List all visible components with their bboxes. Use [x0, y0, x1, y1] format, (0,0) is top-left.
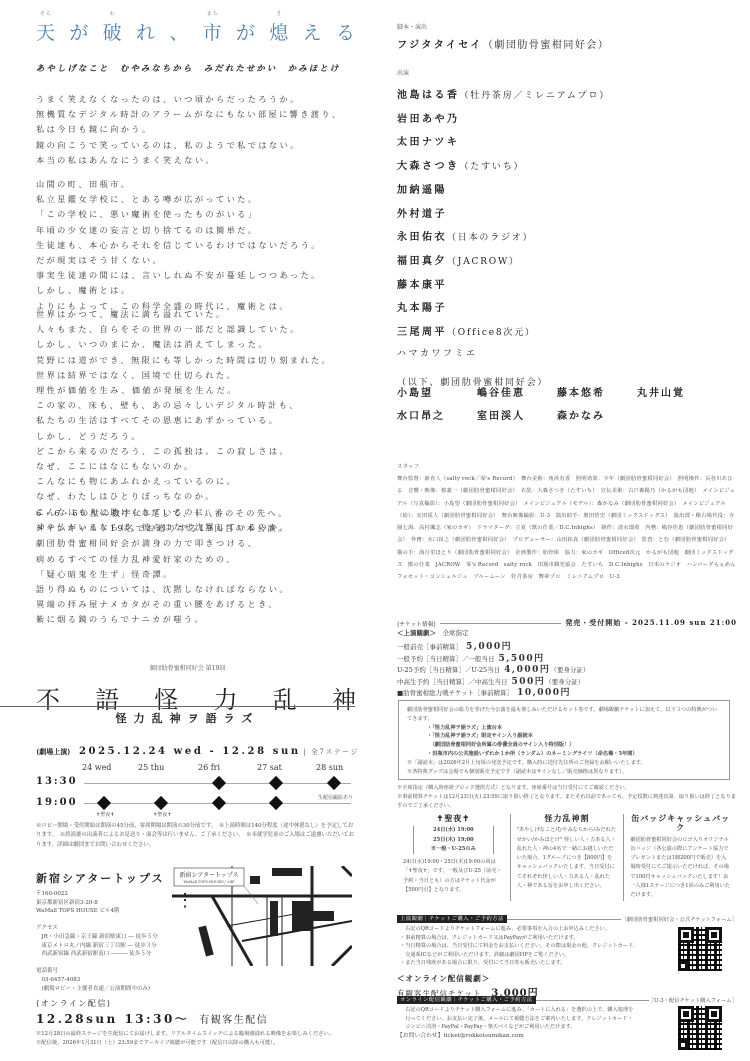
staff-label: スタッフ [397, 462, 419, 470]
schedule-notes: ※ロビー開場・受付開始は開演の45分前、客席開場は開演の30分前です。 ※上演時… [36, 822, 356, 850]
synopsis-line: 私たちの生活はすべてその恩恵にあずかっている。 [36, 413, 332, 428]
cast-member: 外村道子 [397, 205, 447, 220]
synopsis-line: 私立星鑑女学校に、とある噂が広がっていた。 [36, 192, 322, 207]
performance-marker-seiya [97, 796, 111, 810]
performance-marker-seiya [154, 796, 168, 810]
cast-affiliation: （JACROW） [447, 257, 520, 267]
title-char: れ [136, 18, 156, 45]
promo-box-line: ※一般・U-25のみ [414, 845, 493, 854]
promo-box: 24日(水) 19:0025日(木) 19:00※一般・U-25のみ [413, 826, 494, 854]
synopsis-line: 語り得ぬものについては、沈黙しなければならない。 [36, 582, 290, 597]
synopsis-line: なぜ、わたしはひとりぼっちなのか。 [36, 489, 332, 504]
online-tag: ⟨オンライン配信⟩ [36, 998, 112, 1009]
ticket-note: ※全席指定（購入時座席ブロック選択方式）となります。座席番号は当日受付にてご確認… [397, 784, 737, 793]
group-member: 嶋谷佳恵 [477, 384, 557, 399]
logo-subtitle: 怪力乱神ヲ語ラズ [0, 710, 375, 726]
day-label: 27 sat [257, 763, 282, 772]
ticket-row: ■肋骨蜜柑総力戦チケット［事前精算］10,000円 [397, 685, 571, 698]
cast-label: 出演 [397, 68, 409, 77]
online-purchase-info: 右記のQRコードよりチケット購入フォームに進み、「カートに入れる」を選択の上で、… [400, 1006, 685, 1032]
title-char: え [303, 18, 323, 45]
synopsis-line: 病めるすべての怪力乱神愛好家のための、 [36, 552, 290, 567]
info-line: 右記のQRコードよりチケットフォームに進み、必要事項を入力の上お申込みください。 [400, 925, 685, 934]
synopsis-line: 生徒達も、本心からそれを信じているわけではないだろう。 [36, 238, 322, 253]
title-char: 市まち [203, 18, 223, 45]
director-label: 脚本・演出 [397, 22, 427, 31]
promo-title: 怪力乱神割 [517, 814, 618, 823]
info-line: ・当日精算の場合は、当日受付にて料金をお支払いください。その際は現金の他、クレジ… [400, 942, 685, 951]
theater-purchase-info: 右記のQRコードよりチケットフォームに進み、必要事項を入力の上お申込みください。… [400, 925, 685, 968]
day-label: 24 wed [82, 763, 111, 772]
synopsis-line: 6・6・6の獣の数字に1足して、十八番のその先へ。 [36, 506, 290, 521]
cast-name: 太田ナツキ [397, 137, 459, 148]
promo: 缶バッジキャッシュバック劇団肋骨蜜柑同好会のロゴ入りオリジナル缶バッジ（各公演の… [623, 814, 737, 901]
svg-text:新宿シアタートップス: 新宿シアタートップス [179, 871, 238, 879]
promo-text: "あやしげなこと/むやみなちから/みだれたせかい/かみほとけ" 怪しい人・力ある… [517, 826, 618, 891]
venue-line: (劇場ロビー・主催者直通／公演期間中のみ) [36, 985, 176, 994]
synopsis-line: この家の、床も、壁も、あの忌々しいデジタル時計も、 [36, 398, 332, 413]
cast-name: 外村道子 [397, 209, 447, 220]
title-char: る [336, 18, 356, 45]
synopsis-p4: 6・6・6の獣の数字に1足して、十八番のその先へ。メインキャスト19名でお贈りす… [36, 506, 290, 628]
performance-marker [269, 776, 283, 790]
info-line: 行ってください。お支払い完了後、メールにて視聴方法をご案内いたします。クレジット… [400, 1015, 685, 1024]
promo-box-line: 25日(木) 19:00 [414, 836, 493, 845]
synopsis-line: うまく笑えなくなったのは、いつ頃からだったろうか。 [36, 92, 343, 107]
ticket-note: ※事前精算チケットは12月23日(火) 23:59に取り扱い終了となります。また… [397, 793, 737, 811]
group-member: 森かなみ [557, 407, 637, 422]
promo: ✝聖夜✝24日(水) 19:0025日(木) 19:00※一般・U-25のみ24… [397, 814, 510, 901]
time-1330: 13:30 [36, 776, 78, 787]
venue-line: 電話番号 [36, 967, 176, 976]
group-member: 丸井山覚 [637, 384, 717, 399]
cast-affiliation: （日本のラジオ） [447, 233, 533, 243]
box-note: ※各特典グッズは会場でも個別販売予定です（副読本はサインなし／販売価格は異なりま… [407, 768, 721, 777]
ticket-price: 10,000円 [517, 688, 571, 698]
theater-purchase-bar: 上演観劇｜チケットご購入・ご予約方法［劇団肋骨蜜柑同好会・公式チケットフォーム］ [397, 915, 737, 923]
cast-member: 池島はる香（牡丹茶房／ミレニアムプロ） [397, 86, 610, 101]
venue-line [36, 916, 176, 925]
release-date: 発売・受付開始 - 2025.11.09 sun 21:00 [565, 618, 737, 628]
synopsis-line: 劇団肋骨蜜柑同好会が満身の力で叩きつける、 [36, 536, 290, 551]
time-1900: 19:00 [36, 797, 78, 808]
synopsis-line: 私は今日も鏡に向かう。 [36, 122, 343, 137]
cast-member: 大森さつき（たすいち） [397, 157, 524, 172]
group-member: 小島望 [397, 384, 477, 399]
cast-name: 藤本康平 [397, 280, 447, 291]
ruby: き [276, 10, 282, 17]
synopsis-line: 紫に烟る鏡のうらでナニカが嗤う。 [36, 612, 290, 627]
cast-member: 岩田あや乃 [397, 110, 460, 125]
cast-member: 福田真夕（JACROW） [397, 252, 520, 267]
venue-line: 〒160-0022 [36, 890, 176, 899]
divider [0, 706, 355, 707]
synopsis-line: しかし、いつのまにか、魔法は消えてしまった。 [36, 337, 332, 352]
synopsis-line: なぜ、ここにはなにもないのか。 [36, 459, 332, 474]
schedule-dates: 2025.12.24 wed - 12.28 sun [79, 746, 301, 757]
title-char: 熄き [269, 18, 289, 45]
seiya-label: ✝聖夜✝ [96, 811, 114, 818]
svg-text:WaMall TOPS HOUSEビル4F: WaMall TOPS HOUSEビル4F [184, 879, 236, 884]
benefit-item: ・「怪力乱神ヲ語ラズ」上演台本 [407, 724, 721, 733]
title-char: 、 [169, 18, 189, 45]
seiya-label: ✝聖夜✝ [153, 811, 171, 818]
ticket-notes: ※全席指定（購入時座席ブロック選択方式）となります。座席番号は当日受付にてご確認… [397, 784, 737, 811]
performance-marker [269, 796, 283, 810]
cast-member: 丸本陽子 [397, 299, 447, 314]
benefit-item: （劇団肋骨蜜柑同好会所属の俳優全員のサイン入り特別版！） [407, 741, 721, 750]
synopsis-line: 事実生徒達の間には、言いしれぬ不安が蔓延しつつあった。 [36, 268, 322, 283]
cast-member: 藤本康平 [397, 276, 447, 291]
day-label: 26 fri [198, 763, 220, 772]
contact-email[interactable]: 【お問い合わせ】ticket@rokkotsumikan.com [397, 1030, 524, 1039]
box-intro: 劇団肋骨蜜柑同好会の総力を挙げた今公演を最も楽しみいただけるセット券です。劇場観… [407, 706, 721, 724]
qr-code-online-form[interactable] [678, 1006, 722, 1050]
group-members: 小島望嶋谷佳恵藤本悠希丸井山覚水口昂之室田渓人森かなみ [397, 384, 717, 422]
venue-line: WaMall TOPS HOUSE ビル4階 [36, 907, 176, 916]
stream-note: 生配信撮影あり [318, 794, 353, 801]
cast-affiliation: （Office8次元） [447, 328, 536, 338]
venue-line: JR・小田急線・京王線 新宿駅東口 ― 徒歩５分 [36, 933, 176, 942]
premium-ticket-box: 劇団肋骨蜜柑同好会の総力を挙げた今公演を最も楽しみいただけるセット券です。劇場観… [398, 700, 730, 780]
ticket-type: ■肋骨蜜柑総力戦チケット［事前精算］ [397, 689, 513, 697]
venue-line: 東京都新宿区新宿3-20-8 [36, 899, 176, 908]
promo-text: 劇団肋骨蜜柑同好会のロゴ入りオリジナル缶バッジ（各公演の際にアンケート協力でプレ… [630, 836, 731, 901]
promo-box-line: 24日(水) 19:00 [414, 826, 493, 835]
synopsis-line: 理性が価値を生み、価値が発展を生んだ。 [36, 383, 332, 398]
synopsis-line: 世界は結界ではなく、国境で仕切られた。 [36, 368, 332, 383]
venue-map: 新宿シアタートップス WaMall TOPS HOUSEビル4F ⋮ [172, 866, 352, 966]
synopsis-line: しかし、どうだろう。 [36, 429, 332, 444]
online-ticket-label: ＜オンライン配信観劇＞ [397, 973, 490, 984]
synopsis-line: 世界はかつて、魔法に満ち溢れていた。 [36, 307, 332, 322]
synopsis-line: どこから来るのだろう、この孤独は。この寂しさは。 [36, 444, 332, 459]
title-char: 破わ [103, 18, 123, 45]
cast-member: 三尾周平（Office8次元） [397, 323, 536, 338]
day-label: 28 sun [316, 763, 343, 772]
synopsis-line: こんなにも物にあふれかえっているのに。 [36, 474, 332, 489]
venue-line: 東京メトロ丸ノ内線 新宿三丁目駅 ― 徒歩３分 [36, 942, 176, 951]
svg-text:⋮: ⋮ [176, 890, 194, 911]
cast-name: 加納遥陽 [397, 185, 447, 196]
synopsis-line: 「疑心暗鬼を生ず」怪奇譚。 [36, 567, 290, 582]
special-cast: ハマカワフミエ [397, 346, 478, 359]
synopsis-line: 山間の町、田瓶市。 [36, 177, 322, 192]
synopsis-line: 鏡の向こうで笑っているのは、私のようで私ではない。 [36, 138, 343, 153]
staff-list: 舞台監督：新直人（salty rock／零's Record） 舞台美術：角浜有… [397, 473, 737, 584]
ruby: まち [207, 10, 219, 17]
cast-affiliation: （牡丹茶房／ミレニアムプロ） [460, 91, 611, 101]
synopsis-line: 人々もまた、自らをその世界の一部だと認識していた。 [36, 322, 332, 337]
stage-count: 全7ステージ [311, 748, 359, 756]
title-char: が [69, 18, 89, 45]
venue-line [36, 959, 176, 968]
venue-line: 西武新宿線 西武新宿駅南口 ――― 徒歩５分 [36, 950, 176, 959]
ticket-header: ⟨チケット情報⟩発売・受付開始 - 2025.11.09 sun 21:00 [397, 618, 737, 628]
promo-text: 24日(水)19:00・25日(木)19:00の回は「✝聖夜✝」です。一般及びU… [403, 858, 504, 895]
theater-label: ＜上演観劇＞ 全席指定 [397, 628, 469, 637]
venue-line: アクセス [36, 924, 176, 933]
day-label: 25 thu [138, 763, 164, 772]
synopsis-line: だが現実はそう甘くない。 [36, 253, 322, 268]
qr-code-ticket-form[interactable] [678, 927, 722, 971]
promo: 怪力乱神割"あやしげなこと/むやみなちから/みだれたせかい/かみほとけ" 怪しい… [510, 814, 624, 901]
box-note: ※「副読本」は2026年2月上旬頃の発送予定です。購入時に送付先住所のご登録をお… [407, 759, 721, 768]
cast-name: 三尾周平 [397, 327, 447, 338]
benefit-item: ・「怪力乱神ヲ語ラズ」限定サイン入り副読本 [407, 732, 721, 741]
ruby: わ [110, 10, 116, 17]
synopsis-line: 無機質なデジタル時計のアラームがなにもない部屋に響き渡り、 [36, 107, 343, 122]
online-desc: 有観客生配信 [199, 1015, 268, 1026]
promo-title: ✝聖夜✝ [403, 814, 504, 823]
synopsis-line: 年頃の少女達の妄言と切り捨てるのは簡単だ。 [36, 223, 322, 238]
cast-name: 福田真夕 [397, 256, 447, 267]
performance-marker [212, 796, 226, 810]
performance-marker [327, 776, 341, 790]
cast-member: 永田佑衣（日本のラジオ） [397, 228, 533, 243]
info-line: ・事前精算の場合は、クレジットカード又はPayPayがご利用いただけます。 [400, 934, 685, 943]
synopsis-line: 荒野には道ができ、無限にも等しかった時間は切り刻まれた。 [36, 353, 332, 368]
ruby: そら [40, 10, 52, 17]
synopsis-line: しかし、魔術とは。 [36, 283, 322, 298]
title-char: 天そら [36, 18, 56, 45]
cast-affiliation: （たすいち） [460, 162, 525, 172]
info-line: ・また当日残席がある場合に限り、受付にて当日券も販売いたします。 [400, 959, 685, 968]
cast-name: 永田佑衣 [397, 232, 447, 243]
online-notes: ※12月28日の最終ステージを生配信にてお届けします。リアルタイムスイッチによる… [36, 1030, 334, 1048]
synopsis-p3: 世界はかつて、魔法に満ち溢れていた。人々もまた、自らをその世界の一部だと認識して… [36, 307, 332, 535]
venue-info: 新宿シアタートップス 〒160-0022東京都新宿区新宿3-20-8WaMall… [36, 870, 176, 993]
play-title: 天そらが破われ、市まちが熄きえる [36, 18, 356, 45]
info-line: 右記のQRコードよりチケット購入フォームに進み、「カートに入れる」を選択の上で、… [400, 1006, 685, 1015]
schedule-tag: ⟨劇場上演⟩ [36, 747, 70, 756]
group-member: 水口昂之 [397, 407, 477, 422]
cast-member: 太田ナツキ [397, 133, 459, 148]
cast-name: 岩田あや乃 [397, 114, 460, 125]
synopsis-p1: うまく笑えなくなったのは、いつ頃からだったろうか。無機質なデジタル時計のアラーム… [36, 92, 343, 168]
online-purchase-bar: オンライン配信観劇｜チケットご購入・ご予約方法［U-3・配信チケット購入フォーム… [397, 996, 737, 1004]
info-line: 交通系ICなどがご利用いただけます。詳細は劇団HPをご覧ください。 [400, 951, 685, 960]
schedule-header: ⟨劇場上演⟩ 2025.12.24 wed - 12.28 sun | 全7ステ… [36, 746, 359, 757]
cast-name: 大森さつき [397, 161, 460, 172]
benefit-item: ・田瓶市内の公共施設いずれか１か所（ランダム）のネーミングライツ（命名権・5年間… [407, 750, 721, 759]
venue-name: 新宿シアタートップス [36, 870, 176, 886]
venue-line: 03-6457-4083 [36, 976, 176, 985]
troupe-line: 劇団肋骨蜜柑同好会 第19回 [0, 663, 375, 672]
online-note: ※12月28日の最終ステージを生配信にてお届けします。リアルタイムスイッチによる… [36, 1030, 334, 1039]
title-char: が [236, 18, 256, 45]
promo-title: 缶バッジキャッシュバック [630, 814, 731, 833]
cast-member: 加納遥陽 [397, 181, 447, 196]
cast-name: 丸本陽子 [397, 303, 447, 314]
synopsis-p2: 山間の町、田瓶市。私立星鑑女学校に、とある噂が広がっていた。「この学校に、悪い魔… [36, 177, 322, 314]
director: フジタタイセイ（劇団肋骨蜜柑同好会） [397, 36, 609, 51]
online-note: ※配信後、2026年1月31日（土）23:59までアーカイブ視聴が可能です（配信… [36, 1039, 334, 1048]
group-member: 室田渓人 [477, 407, 557, 422]
performance-marker [212, 776, 226, 790]
tagline: あやしげなこと むやみなちから みだれたせかい かみほとけ [36, 62, 340, 74]
promotions: ✝聖夜✝24日(水) 19:0025日(木) 19:00※一般・U-25のみ24… [397, 814, 737, 901]
online-date: 12.28sun 13:30〜有観客生配信 [36, 1010, 268, 1027]
synopsis-line: 本当の私はあんなにうまく笑えない。 [36, 153, 343, 168]
synopsis-line: 「この学校に、悪い魔術を使ったものがいる」 [36, 207, 322, 222]
synopsis-line: 異端の拝み屋ナメカタがその重い腰をあげるとき、 [36, 597, 290, 612]
synopsis-line: メインキャスト19名でお贈りする19回目の本公演。 [36, 521, 290, 536]
cast-name: 池島はる香 [397, 90, 460, 101]
group-member: 藤本悠希 [557, 384, 637, 399]
